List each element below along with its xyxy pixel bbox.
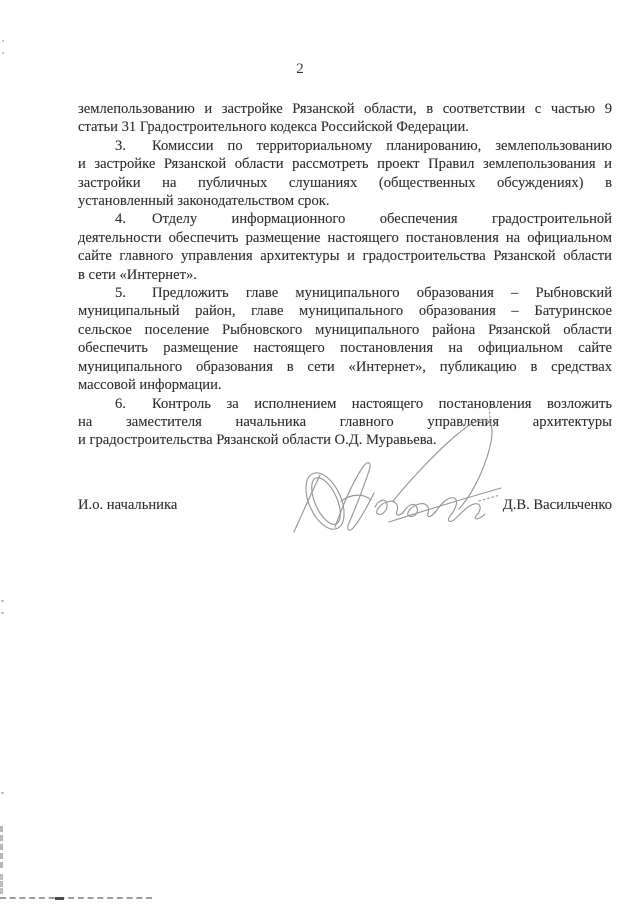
scan-artifact-bottom-line bbox=[0, 897, 152, 899]
text-line: землепользованию и застройке Рязанской о… bbox=[78, 100, 612, 118]
scan-artifact-bottom-line-dark bbox=[55, 897, 64, 900]
scan-artifact-edge-dashes bbox=[0, 826, 3, 868]
signatory-name: Д.В. Васильченко bbox=[503, 497, 612, 514]
text-line: в сети «Интернет». bbox=[78, 266, 612, 284]
text-line: статьи 31 Градостроительного кодекса Рос… bbox=[78, 118, 612, 136]
text-line: деятельности обеспечить размещение насто… bbox=[78, 229, 612, 247]
scan-artifact-dot bbox=[2, 40, 4, 42]
text-line: муниципального образования в сети «Интер… bbox=[78, 358, 612, 376]
text-line: застройки на публичных слушаниях (общест… bbox=[78, 174, 612, 192]
text-line: сельское поселение Рыбновского муниципал… bbox=[78, 321, 612, 339]
scan-artifact-edge-dashes bbox=[0, 874, 3, 894]
text-line: 5.Предложить главе муниципального образо… bbox=[78, 284, 612, 302]
text-line: 4.Отделу информационного обеспечения гра… bbox=[78, 210, 612, 228]
text-line: сайте главного управления архитектуры и … bbox=[78, 247, 612, 265]
text-line: обеспечить размещение настоящего постано… bbox=[78, 339, 612, 357]
document-body: землепользованию и застройке Рязанской о… bbox=[78, 100, 612, 450]
text-line: на заместителя начальника главного управ… bbox=[78, 413, 612, 431]
text-line: 6.Контроль за исполнением настоящего пос… bbox=[78, 395, 612, 413]
text-line: массовой информации. bbox=[78, 376, 612, 394]
scan-artifact-dot bbox=[1, 792, 4, 794]
scan-artifact-dot bbox=[1, 612, 4, 614]
text-line: и градостроительства Рязанской области О… bbox=[78, 431, 612, 449]
scan-artifact-dot bbox=[2, 52, 4, 54]
text-line: и застройке Рязанской области рассмотрет… bbox=[78, 155, 612, 173]
text-line: 3.Комиссии по территориальному планирова… bbox=[78, 137, 612, 155]
page-number: 2 bbox=[0, 61, 600, 78]
text-line: муниципальный район, главе муниципальног… bbox=[78, 302, 612, 320]
signature-row: И.о. начальника Д.В. Васильченко bbox=[78, 497, 612, 514]
document-page: 2 землепользованию и застройке Рязанской… bbox=[0, 0, 640, 905]
text-line: установленный законодательством срок. bbox=[78, 192, 612, 210]
signatory-position: И.о. начальника bbox=[78, 497, 177, 514]
scan-artifact-dot bbox=[1, 600, 4, 602]
